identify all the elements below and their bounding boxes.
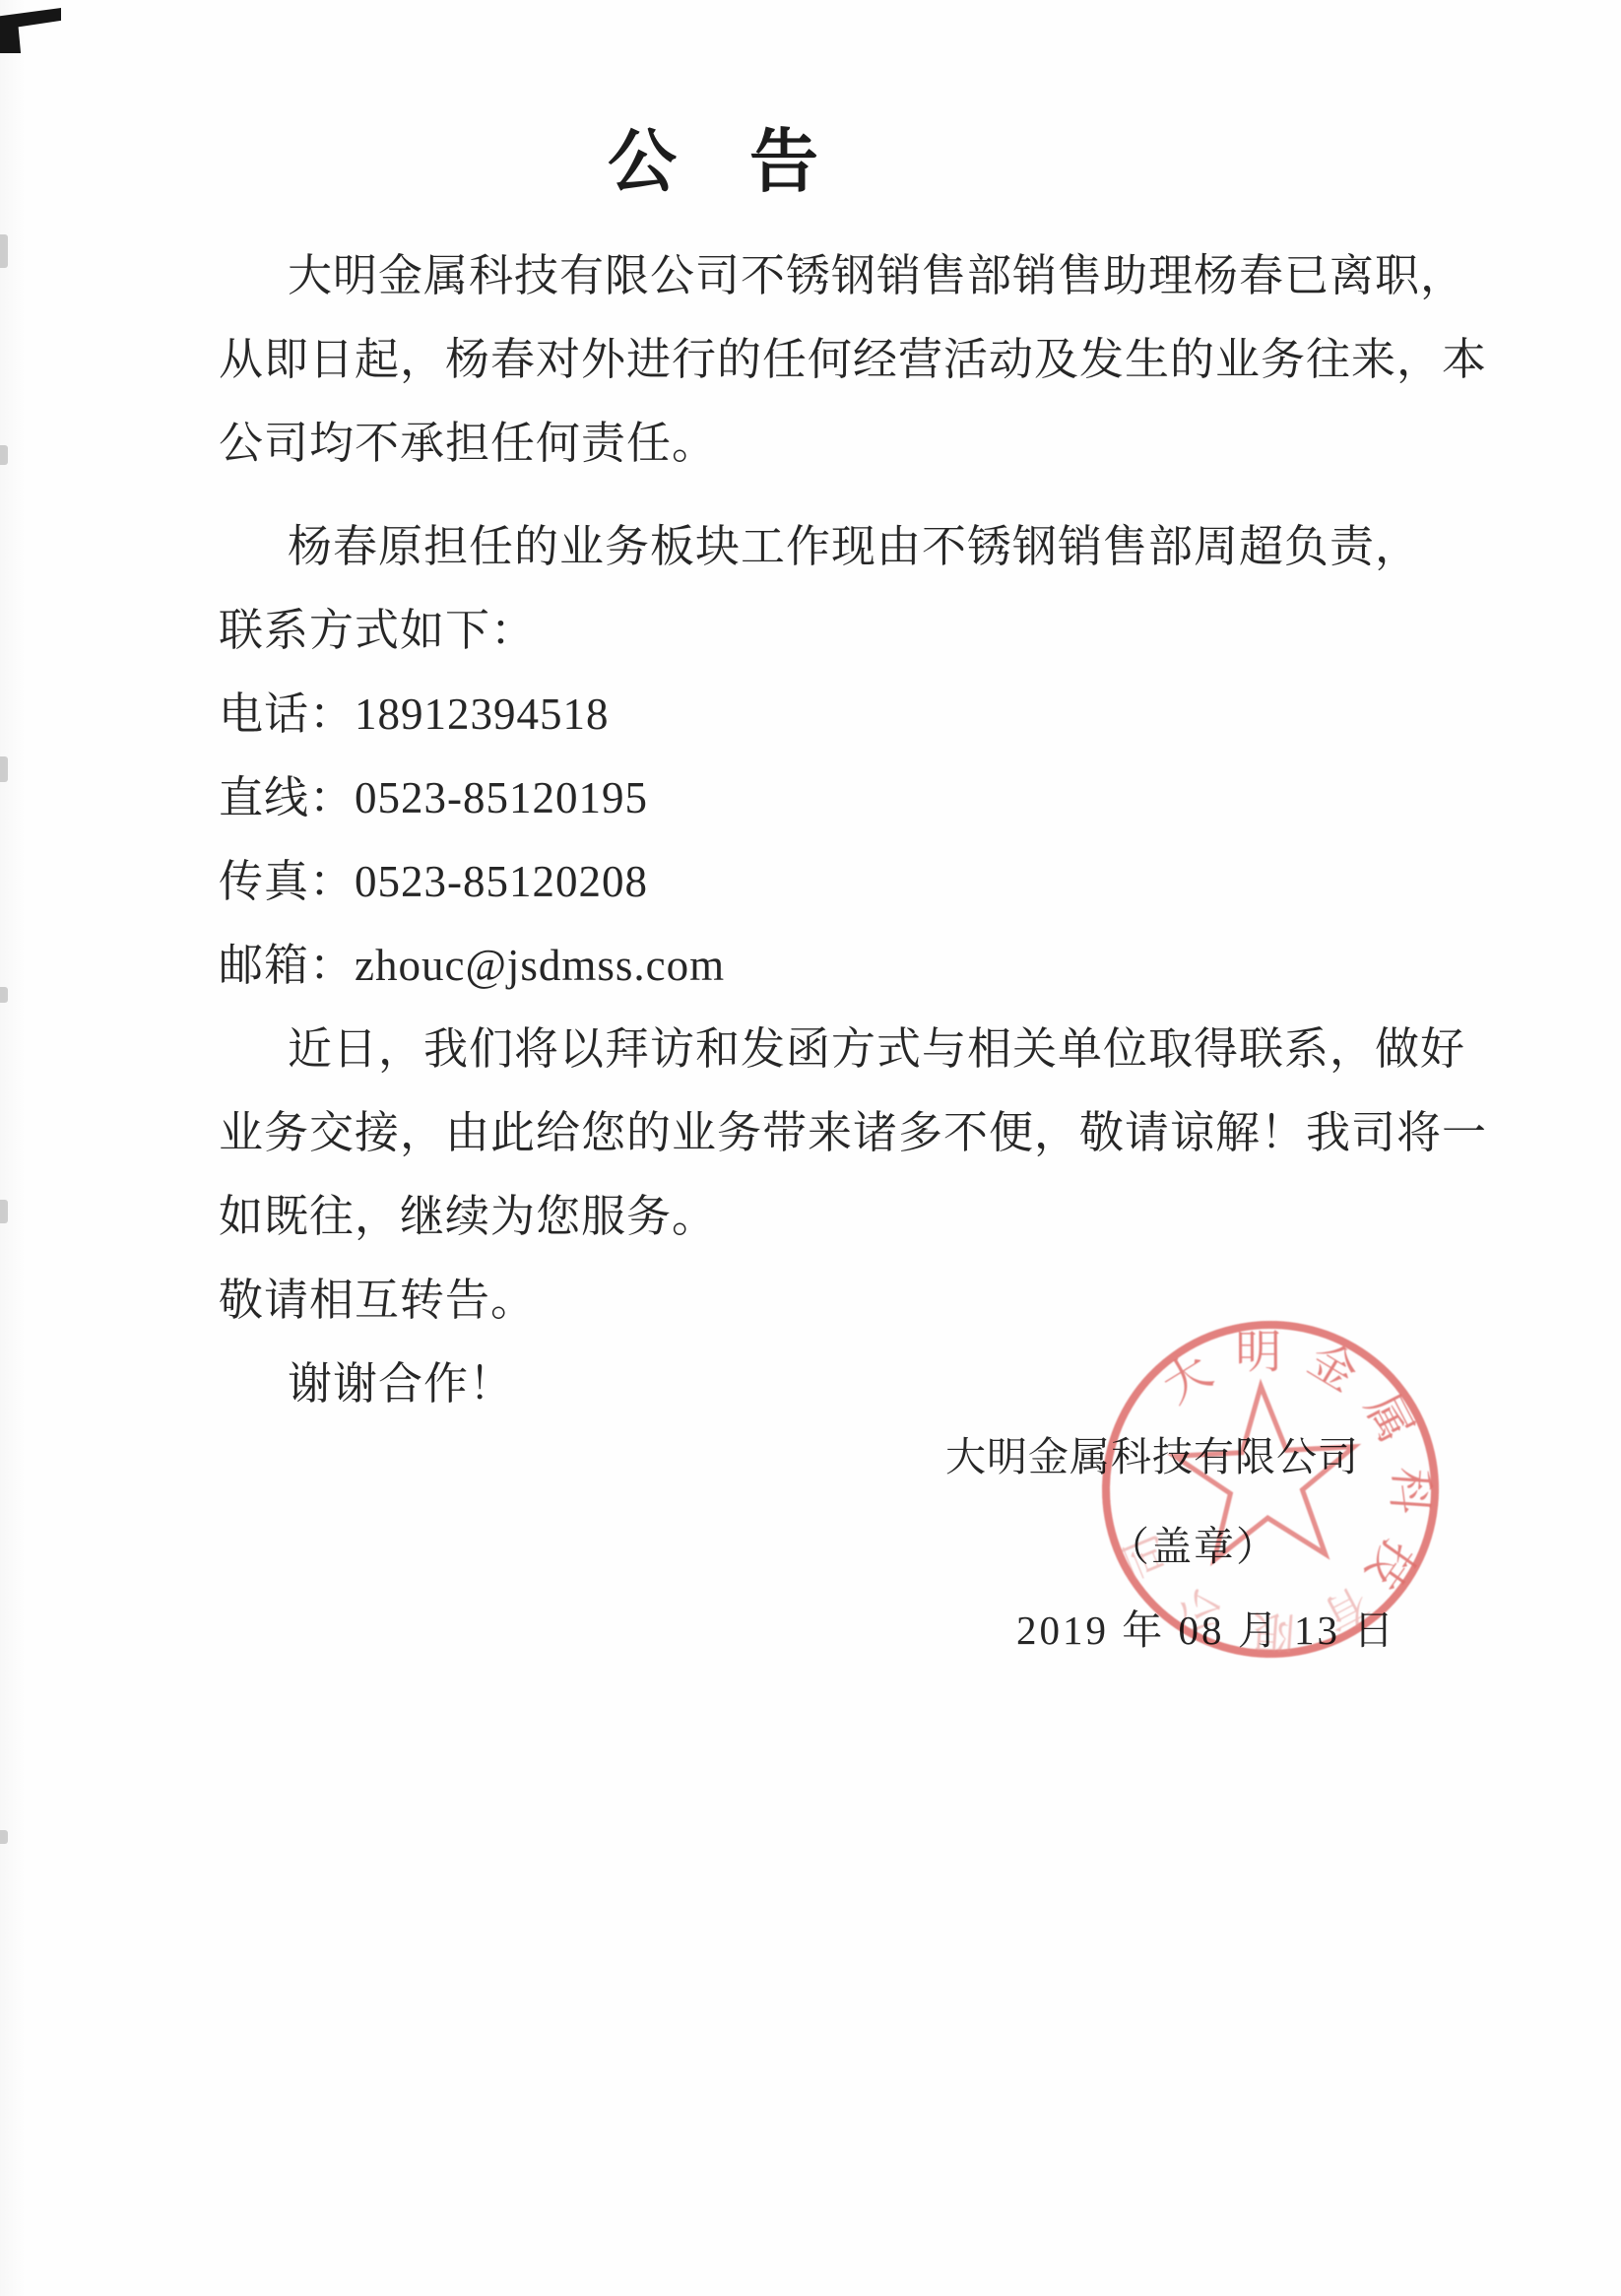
body-line: 杨春原担任的业务板块工作现由不锈钢销售部周超负责，	[288, 510, 1568, 574]
fax-line: 传真：0523-85120208	[219, 845, 1499, 909]
scan-edge-smudge	[0, 234, 8, 268]
body-line: 从即日起，杨春对外进行的任何经营活动及发生的业务往来，本	[219, 323, 1499, 387]
body-line: 近日，我们将以拜访和发函方式与相关单位取得联系，做好	[288, 1013, 1568, 1077]
scan-edge-smudge	[0, 1200, 8, 1223]
direct-line: 直线：0523-85120195	[219, 761, 1499, 825]
scan-edge-smudge	[0, 1830, 8, 1844]
body-line: 敬请相互转告。	[219, 1264, 1499, 1328]
email-line: 邮箱：zhouc@jsdmss.com	[219, 929, 1499, 993]
body-line: 业务交接，由此给您的业务带来诸多不便，敬请谅解！我司将一	[219, 1096, 1499, 1160]
scan-edge-smudge	[0, 756, 8, 782]
body-line: 大明金属科技有限公司不锈钢销售部销售助理杨春已离职，	[288, 239, 1568, 303]
signature-seal-note: （盖章）	[1109, 1514, 1278, 1572]
signature-company-name: 大明金属科技有限公司	[945, 1424, 1359, 1482]
body-line: 联系方式如下：	[219, 594, 1499, 658]
body-line: 公司均不承担任何责任。	[219, 407, 1499, 471]
announcement-page: 公 告 大明金属科技有限公司不锈钢销售部销售助理杨春已离职， 从即日起，杨春对外…	[0, 0, 1621, 2296]
document-title: 公 告	[394, 106, 1034, 206]
scan-edge-smudge	[0, 445, 8, 465]
scan-corner-artifact	[0, 8, 61, 53]
phone-line: 电话：18912394518	[219, 678, 1499, 742]
body-line: 谢谢合作！	[288, 1347, 1568, 1411]
scan-edge-smudge	[0, 987, 8, 1003]
body-line: 如既往，继续为您服务。	[219, 1180, 1499, 1244]
signature-date: 2019 年 08 月 13 日	[1016, 1598, 1396, 1656]
